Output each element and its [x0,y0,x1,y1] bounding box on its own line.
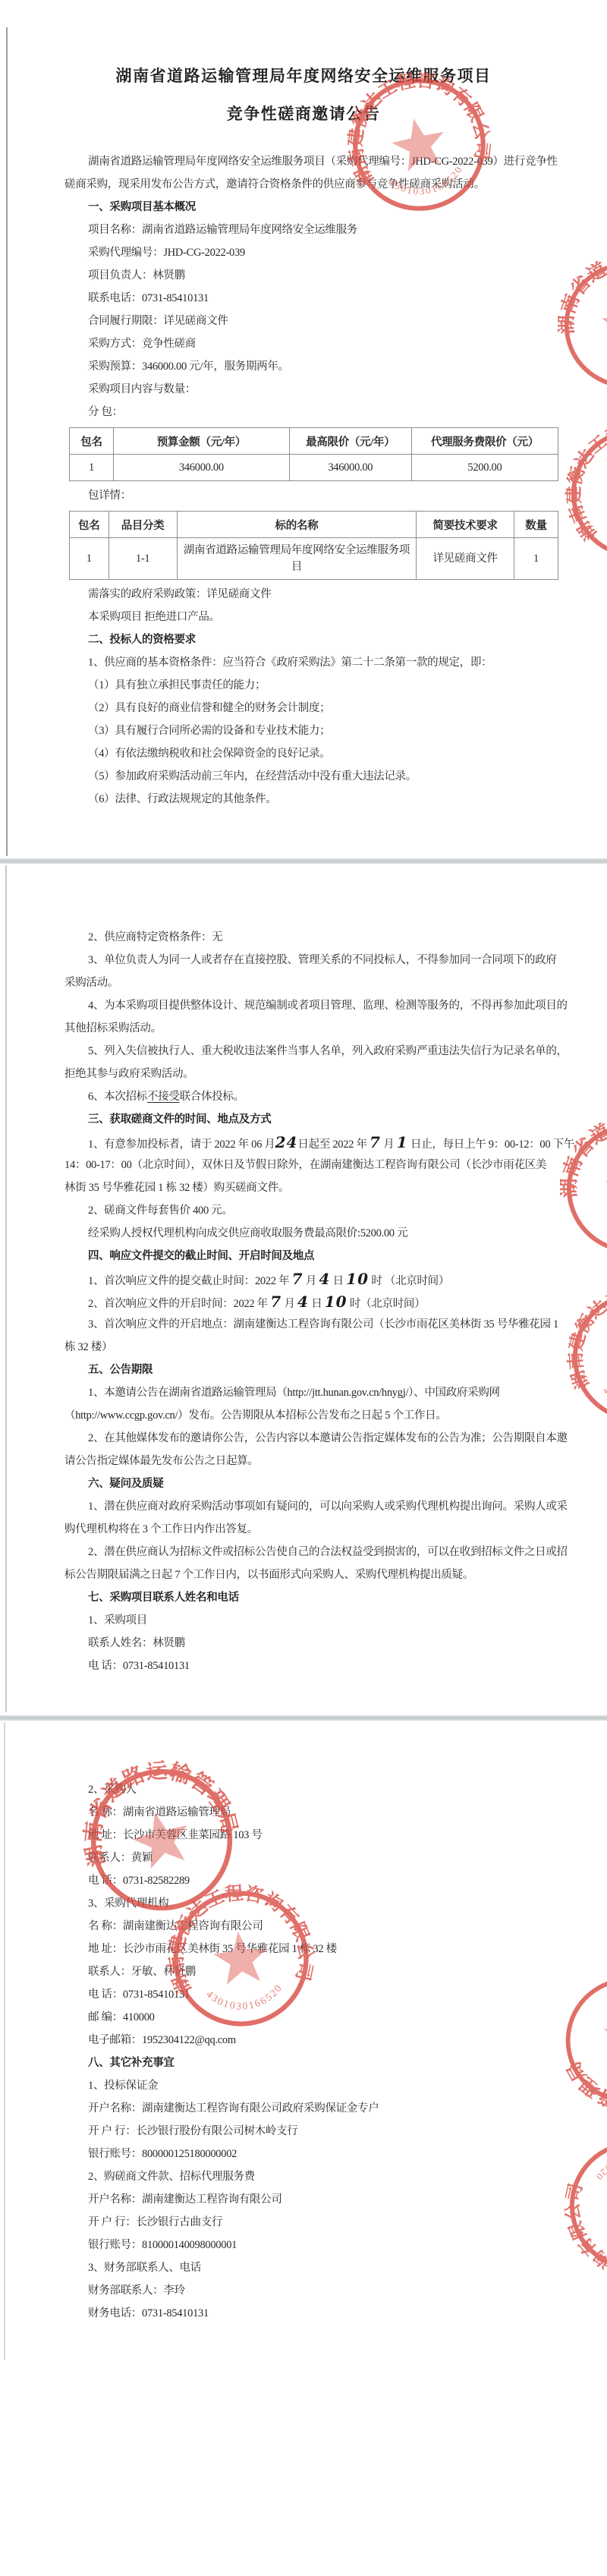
doc-text: （6）法律、行政法规规定的其他条件。 [88,793,276,805]
svg-text:湖南建衡达工程咨询有限公司: 湖南建衡达工程咨询有限公司 [560,2169,607,2282]
doc-line: 开户名称：湖南建衡达工程咨询有限公司政府采购保证金专户 [64,2097,569,2120]
handwritten-text: 1 [397,1133,408,1151]
doc-line: 合同履行期限：详见磋商文件 [64,310,569,332]
doc-heading: 四、响应文件提交的截止时间、开启时间及地点 [64,1245,569,1268]
doc-line: 开 户 行：长沙银行股份有限公司树木岭支行 [64,2120,569,2143]
doc-text: 采购活动。 [64,977,118,989]
doc-text: 1、首次响应文件的提交截止时间：2022 年 [88,1275,292,1287]
doc-text: 时（北京时间） [348,1298,426,1310]
doc-line: 购代理机构将在 3 个工作日内作出答复。 [64,1518,569,1541]
svg-text:湖南省道路运输管理局: 湖南省道路运输管理局 [560,1117,607,1198]
doc-line: 开 户 行：长沙银行古曲支行 [64,2211,569,2234]
doc-line: 电子邮箱：1952304122@qq.com [64,2029,569,2052]
doc-line: 采购预算：346000.00 元/年，服务期两年。 [64,355,569,378]
doc-line: 2、磋商文件每套售价 400 元。 [64,1199,569,1222]
doc-text: 五、公告期限 [88,1364,153,1376]
doc-text: 采购代理编号：JHD-CG-2022-039 [88,247,245,259]
doc-line: 2、供应商特定资格条件：无 [64,926,569,949]
doc-line: 拒绝其参与政府采购活动。 [64,1063,569,1085]
doc-text: 5、列入失信被执行人、重大税收违法案件当事人名单，列入政府采购严重违法失信行为记… [88,1045,568,1057]
doc-text: 3、首次响应文件的开启地点：湖南建衡达工程咨询有限公司（长沙市雨花区美林街 35… [88,1318,558,1331]
doc-line: （1）具有独立承担民事责任的能力； [64,674,569,697]
doc-line: 1、有意参加投标者，请于 2022 年 06 月24日起至 2022 年 7 月… [64,1131,569,1154]
doc-line: 本采购项目 拒绝进口产品。 [64,606,569,628]
doc-heading: 五、公告期限 [64,1359,569,1381]
doc-text: 一、采购项目基本概况 [88,201,196,213]
doc-line: （2）具有良好的商业信誉和健全的财务会计制度； [64,697,569,720]
doc-line: 1、采购项目 [64,1609,569,1632]
table-cell: 1 [70,455,114,481]
doc-text: （2）具有良好的商业信誉和健全的财务会计制度； [88,702,330,714]
doc-line: 1、供应商的基本资格条件：应当符合《政府采购法》第二十二条第一款的规定，即： [64,651,569,674]
page-1: 湖南省道路运输管理局年度网络安全运维服务项目 竞争性磋商邀请公告 湖南省道路运输… [0,0,607,858]
doc-line: 标公告期限届满之日起 7 个工作日内，以书面形式向采购人、采购代理机构提出质疑。 [64,1564,569,1586]
doc-text: 月 [281,1298,297,1310]
doc-line: 2、首次响应文件的开启时间：2022 年 7 月 4 日 10 时（北京时间） [64,1290,569,1313]
doc-line: 2、潜在供应商认为招标文件或招标公告使自己的合法权益受到损害的，可以在收到招标文… [64,1541,569,1564]
doc-text: 七、采购项目联系人姓名和电话 [88,1592,239,1604]
doc-line: 6、本次招标不接受联合体投标。 [64,1085,569,1108]
doc-line: 经采购人授权代理机构向成交供应商收取服务费最高限价:5200.00 元 [64,1222,569,1245]
doc-line: 分 包： [64,401,569,424]
doc-text: 日 [330,1275,346,1287]
doc-line: 栋 32 楼） [64,1336,569,1359]
handwritten-text: 7 [270,1293,281,1311]
package-detail-table: 包名品目分类标的名称简要技术要求数量11-1湖南省道路运输管理局年度网络安全运维… [69,511,558,580]
table-header-cell: 简要技术要求 [417,512,514,538]
table-cell: 湖南省道路运输管理局年度网络安全运维服务项目 [177,538,417,580]
table-cell: 346000.00 [113,455,289,481]
handwritten-text: 4 [319,1270,330,1288]
doc-line: 2、购磋商文件款、招标代理服务费 [64,2165,569,2188]
doc-line: 3、财务部联系人、电话 [64,2256,569,2279]
doc-text: 6、本次招标 [88,1091,147,1103]
doc-text: 栋 32 楼） [64,1341,112,1353]
doc-text: 标公告期限届满之日起 7 个工作日内，以书面形式向采购人、采购代理机构提出质疑。 [64,1569,473,1581]
doc-text: 财务电话：0731-85410131 [88,2307,209,2319]
doc-line: 林街 35 号华雅花园 1 栋 32 楼）购买磋商文件。 [64,1176,569,1199]
doc-text: 八、其它补充事宜 [88,2057,175,2069]
doc-text: 2、潜在供应商认为招标文件或招标公告使自己的合法权益受到损害的，可以在收到招标文… [88,1546,568,1558]
table-header-cell: 代理服务费限价（元） [411,428,558,455]
doc-text: 开户名称：湖南建衡达工程咨询有限公司政府采购保证金专户 [88,2102,379,2115]
doc-text: 月 [381,1138,397,1151]
doc-text: 采购项目内容与数量： [88,383,196,395]
doc-line: 联系电话：0731-85410131 [64,287,569,310]
scan-edge-line [6,27,8,856]
doc-text: 经采购人授权代理机构向成交供应商收取服务费最高限价:5200.00 元 [88,1227,407,1239]
doc-text: 3、财务部联系人、电话 [88,2262,201,2274]
doc-line: 电 话：0731-85410131 [64,1655,569,1677]
table-row: 11-1湖南省道路运输管理局年度网络安全运维服务项目详见磋商文件1 [70,538,558,580]
page-2: 2、供应商特定资格条件：无3、单位负责人为同一人或者存在直接控股、管理关系的不同… [0,864,607,1715]
doc-text: 需落实的政府采购政策：详见磋商文件 [88,588,271,600]
doc-line: 采购活动。 [64,972,569,994]
svg-text:湖南建衡达工程咨询有限公司: 湖南建衡达工程咨询有限公司 [561,1281,607,1392]
table-cell: 5200.00 [411,455,558,481]
doc-text: 开 户 行：长沙银行股份有限公司树木岭支行 [88,2125,297,2137]
doc-line: 5、列入失信被执行人、重大税收违法案件当事人名单，列入政府采购严重违法失信行为记… [64,1040,569,1063]
doc-text: 项目名称：湖南省道路运输管理局年度网络安全运维服务 [88,224,357,236]
handwritten-text: 7 [370,1133,381,1151]
doc-text: 项目负责人：林贤鹏 [88,269,185,282]
handwritten-text: 4 [297,1293,309,1311]
doc-line: 采购项目内容与数量： [64,378,569,401]
doc-text: 2、供应商特定资格条件：无 [88,931,222,943]
doc-heading: 八、其它补充事宜 [64,2052,569,2074]
table-row: 1346000.00346000.005200.00 [70,455,558,481]
doc-text: 1、有意参加投标者，请于 2022 年 06 月 [88,1138,275,1151]
doc-line: 1、投标保证金 [64,2074,569,2097]
doc-text: 日止，每日上午 9：00-12：00 下午 [408,1138,574,1151]
doc-heading: 二、投标人的资格要求 [64,628,569,651]
table-cell: 1 [70,538,109,580]
doc-line: 项目负责人：林贤鹏 [64,264,569,287]
doc-line: 开户名称：湖南建衡达工程咨询有限公司 [64,2188,569,2211]
doc-text: 2、首次响应文件的开启时间：2022 年 [88,1298,270,1310]
doc-text: 二、投标人的资格要求 [88,634,196,646]
doc-text: 财务部联系人：李玲 [88,2285,185,2297]
doc-line: （5）参加政府采购活动前三年内，在经营活动中没有重大违法记录。 [64,765,569,788]
doc-text: 银行账号：800000125180000002 [88,2148,237,2160]
doc-text: 三、获取磋商文件的时间、地点及方式 [88,1113,271,1126]
table-cell: 1-1 [109,538,177,580]
doc-line: 包详情： [64,484,569,507]
doc-text: 合同履行期限：详见磋商文件 [88,315,228,327]
doc-text: 其他招标采购活动。 [64,1022,162,1034]
handwritten-text: 7 [292,1270,303,1288]
table-header-cell: 最高限价（元/年） [289,428,411,455]
doc-line: 4、为本采购项目提供整体设计、规范编制或者项目管理、监理、检测等服务的，不得再参… [64,994,569,1017]
svg-text:湖南省道路运输管理局: 湖南省道路运输管理局 [558,256,607,334]
page-2-text: 2、供应商特定资格条件：无3、单位负责人为同一人或者存在直接控股、管理关系的不同… [64,926,569,1677]
doc-line: 需落实的政府采购政策：详见磋商文件 [64,583,569,606]
doc-title-line2: 竞争性磋商邀请公告 [0,102,607,124]
doc-text: 1、投标保证金 [88,2080,158,2092]
doc-line: 请公告指定媒体最先发布公告之日起算。 [64,1450,569,1472]
doc-text: 电 话：0731-85410131 [88,1660,190,1672]
doc-line: 银行账号：800000125180000002 [64,2143,569,2165]
doc-line: （4）有依法缴纳税收和社会保障资金的良好记录。 [64,742,569,765]
doc-line: 财务电话：0731-85410131 [64,2302,569,2325]
page-1-text: 湖南省道路运输管理局年度网络安全运维服务项目（采购代理编号：JHD-CG-202… [64,150,569,811]
page-separator [0,1715,607,1721]
doc-line: 项目名称：湖南省道路运输管理局年度网络安全运维服务 [64,219,569,241]
package-table: 包名预算金额（元/年）最高限价（元/年）代理服务费限价（元）1346000.00… [69,427,558,481]
table-header-cell: 包名 [70,428,114,455]
handwritten-text: 10 [346,1270,369,1288]
doc-text: 本采购项目 拒绝进口产品。 [88,611,220,623]
doc-line: 地 址：长沙市雨花区美林街 35 号华雅花园 1 栋 32 楼 [64,1938,569,1960]
table-header-cell: 标的名称 [177,512,417,538]
table-header-cell: 预算金额（元/年） [113,428,289,455]
doc-text: 采购方式：竞争性磋商 [88,338,196,350]
doc-line: 1、潜在供应商对政府采购活动事项如有疑问的，可以向采购人或采购代理机构提出询问。… [64,1495,569,1518]
doc-text: 3、单位负责人为同一人或者存在直接控股、管理关系的不同投标人，不得参加同一合同项… [88,954,557,966]
table-cell: 1 [514,538,558,580]
doc-text: （5）参加政府采购活动前三年内，在经营活动中没有重大违法记录。 [88,770,417,783]
doc-line: 银行账号：810000140098000001 [64,2234,569,2256]
doc-text: 14：00-17：00（北京时间），双休日及节假日除外，在湖南建衡达工程咨询有限… [64,1159,546,1171]
doc-line: 3、单位负责人为同一人或者存在直接控股、管理关系的不同投标人，不得参加同一合同项… [64,949,569,972]
handwritten-text: 24 [275,1133,298,1151]
doc-text: （4）有依法缴纳税收和社会保障资金的良好记录。 [88,748,330,760]
doc-text: 联系电话：0731-85410131 [88,292,209,304]
doc-text: 联合体投标。 [180,1091,244,1103]
doc-text: 时 （北京时间） [369,1275,449,1287]
doc-line: 2、在其他媒体发布的邀请你公告，公告内容以本邀请公告指定媒体发布的公告为准；公告… [64,1427,569,1450]
scanned-document: 湖南省道路运输管理局年度网络安全运维服务项目 竞争性磋商邀请公告 湖南省道路运输… [0,0,607,2576]
doc-line: （http://www.ccgp.gov.cn/）发布。公告期限从本招标公告发布… [64,1404,569,1427]
doc-text: （3）具有履行合同所必需的设备和专业技术能力； [88,725,330,737]
scan-edge-line [4,1722,5,2360]
doc-text: 邮 编：410000 [88,2011,155,2023]
doc-text: 购代理机构将在 3 个工作日内作出答复。 [64,1523,258,1535]
svg-text:4301030166520: 4301030166520 [203,1980,287,2015]
doc-line: 14：00-17：00（北京时间），双休日及节假日除外，在湖南建衡达工程咨询有限… [64,1154,569,1176]
doc-line: 联系人姓名：林贤鹏 [64,1632,569,1655]
table-cell: 详见磋商文件 [417,538,514,580]
doc-line: （3）具有履行合同所必需的设备和专业技术能力； [64,720,569,742]
doc-heading: 七、采购项目联系人姓名和电话 [64,1586,569,1609]
doc-text: （1）具有独立承担民事责任的能力； [88,679,266,691]
handwritten-text: 10 [325,1293,348,1311]
doc-text: 四、响应文件提交的截止时间、开启时间及地点 [88,1250,314,1262]
doc-text: 不接受 [147,1091,180,1103]
table-header-cell: 包名 [70,512,109,538]
page-separator [0,858,607,864]
table-header-cell: 品目分类 [109,512,177,538]
doc-line: 财务部联系人：李玲 [64,2279,569,2302]
doc-text: 采购预算：346000.00 元/年，服务期两年。 [88,361,289,373]
doc-text: 1、采购项目 [88,1614,147,1627]
doc-text: 开 户 行：长沙银行古曲支行 [88,2216,222,2228]
doc-text: 银行账号：810000140098000001 [88,2239,237,2251]
doc-text: 联系人姓名：林贤鹏 [88,1637,185,1649]
doc-heading: 六、疑问及质疑 [64,1472,569,1495]
doc-text: 2、磋商文件每套售价 400 元。 [88,1205,233,1217]
doc-title-line1: 湖南省道路运输管理局年度网络安全运维服务项目 [0,64,607,87]
table-cell: 346000.00 [289,455,411,481]
doc-line: 1、首次响应文件的提交截止时间：2022 年 7 月 4 日 10 时 （北京时… [64,1268,569,1290]
doc-text: 分 包： [88,406,123,418]
table-header-cell: 数量 [514,512,558,538]
doc-text: 2、购磋商文件款、招标代理服务费 [88,2171,255,2183]
doc-text: 日起至 2022 年 [297,1138,370,1151]
doc-line: 3、首次响应文件的开启地点：湖南建衡达工程咨询有限公司（长沙市雨花区美林街 35… [64,1313,569,1336]
doc-text: （http://www.ccgp.gov.cn/）发布。公告期限从本招标公告发布… [64,1409,447,1422]
doc-text: 1、潜在供应商对政府采购活动事项如有疑问的，可以向采购人或采购代理机构提出询问。… [88,1501,568,1513]
doc-text: 包详情： [88,490,131,502]
doc-text: 1、本邀请公告在湖南省道路运输管理局（http://jtt.hunan.gov.… [88,1387,500,1399]
doc-line: 1、本邀请公告在湖南省道路运输管理局（http://jtt.hunan.gov.… [64,1381,569,1404]
doc-text: 1、供应商的基本资格条件：应当符合《政府采购法》第二十二条第一款的规定，即： [88,657,492,669]
doc-line: 采购代理编号：JHD-CG-2022-039 [64,241,569,264]
doc-heading: 三、获取磋商文件的时间、地点及方式 [64,1108,569,1131]
doc-text: 拒绝其参与政府采购活动。 [64,1068,193,1080]
scan-edge-line [5,865,7,1712]
doc-line: 其他招标采购活动。 [64,1017,569,1040]
doc-text: 请公告指定媒体最先发布公告之日起算。 [64,1455,259,1467]
doc-line: 采购方式：竞争性磋商 [64,332,569,355]
doc-text: 林街 35 号华雅花园 1 栋 32 楼）购买磋商文件。 [64,1182,289,1194]
doc-text: 月 [303,1275,319,1287]
doc-text: 开户名称：湖南建衡达工程咨询有限公司 [88,2193,282,2206]
doc-text: 2、在其他媒体发布的邀请你公告，公告内容以本邀请公告指定媒体发布的公告为准；公告… [88,1432,568,1444]
doc-line: （6）法律、行政法规规定的其他条件。 [64,788,569,811]
doc-text: 日 [309,1298,325,1310]
doc-text: 4、为本采购项目提供整体设计、规范编制或者项目管理、监理、检测等服务的，不得再参… [88,1000,568,1012]
doc-text: 六、疑问及质疑 [88,1478,163,1490]
